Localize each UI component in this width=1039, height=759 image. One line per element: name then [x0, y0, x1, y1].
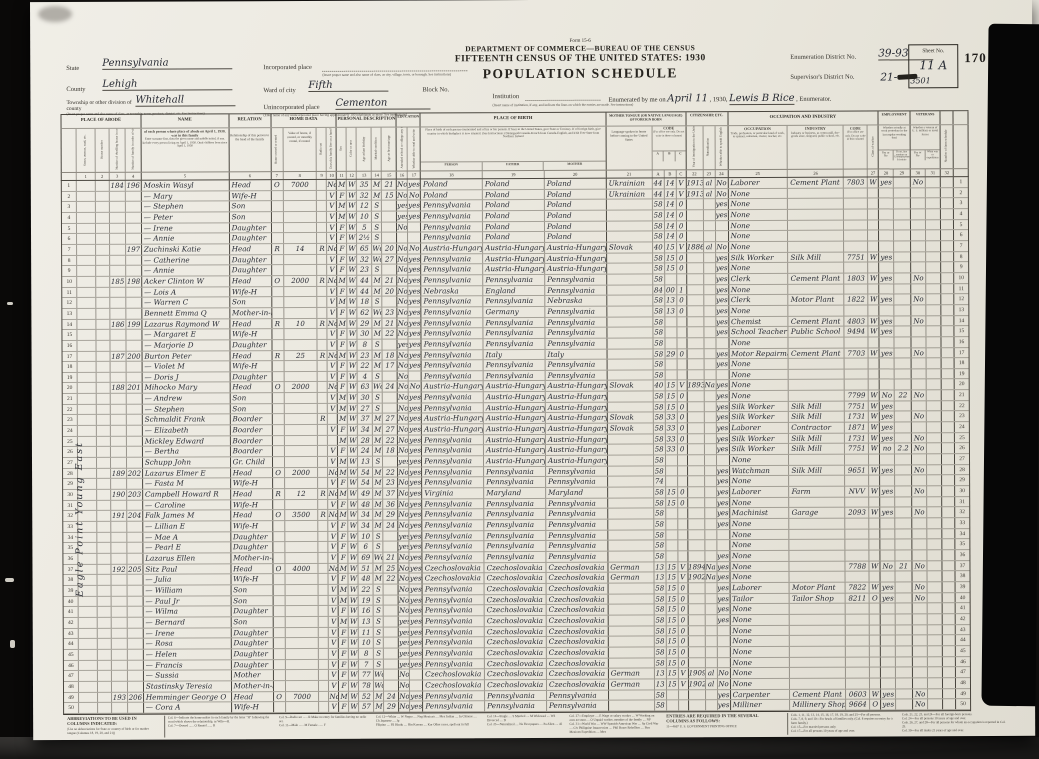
cell-farm: No: [327, 244, 337, 254]
cell-value: [284, 446, 318, 456]
cell-unemp-line: [896, 646, 913, 656]
cell-street: [79, 607, 98, 617]
cell-house: [97, 532, 111, 542]
cell-veteran: No: [911, 273, 926, 283]
cell-dwelling: 185: [110, 277, 126, 287]
cell-english: yes: [716, 349, 729, 359]
cell-marital: S: [372, 233, 382, 243]
cell-birth-father: Pennsylvania: [483, 317, 545, 327]
cell-birth-father: Czechoslovakia: [485, 573, 547, 583]
cell-family: [127, 596, 143, 606]
cell-age: 8: [358, 340, 373, 350]
cell-employed: [881, 668, 896, 678]
cell-street: [79, 586, 98, 596]
cell-family: [126, 234, 142, 244]
cell-occ-code: 7799: [845, 391, 869, 401]
cell-industry: Silk Mill: [789, 444, 845, 454]
cell-owned: [273, 585, 285, 595]
cell-read: yes: [409, 286, 422, 296]
census-form-paper: Form 15-6 DEPARTMENT OF COMMERCE—BUREAU …: [30, 0, 1035, 740]
cell-code-a: 58: [654, 434, 666, 444]
cell-read: yes: [409, 393, 422, 403]
cell-relation: Head: [231, 564, 273, 574]
cell-owned: [272, 340, 284, 350]
cell-immigration: [688, 455, 705, 465]
cell-owned: [272, 436, 284, 446]
cell-school: No: [397, 265, 408, 275]
cell-sex: M: [339, 595, 349, 605]
cell-name: — Julia: [143, 575, 231, 585]
cell-marital: S: [374, 606, 384, 616]
cell-marital: S: [373, 371, 383, 381]
cell-age-married: [384, 542, 399, 552]
cell-relation: Son: [230, 297, 272, 307]
cell-radio: [319, 659, 329, 669]
cell-farm: V: [329, 532, 339, 542]
cell-race: W: [349, 585, 359, 595]
cell-farm: V: [328, 286, 338, 296]
entries-title: ENTRIES ARE REQUIRED IN THE SEVERAL COLU…: [666, 713, 781, 724]
cell-house: [97, 469, 111, 479]
cell-farm-sched: [943, 667, 956, 677]
cell-age-married: [384, 659, 399, 669]
cell-race: W: [347, 201, 357, 211]
cell-street: [78, 405, 97, 415]
cell-relation: Daughter: [231, 606, 273, 616]
cell-industry: Contractor: [789, 423, 845, 433]
cell-owned: [272, 255, 284, 265]
cell-race: W: [348, 308, 358, 318]
col-number: C: [676, 170, 686, 177]
cell-house: [97, 575, 111, 585]
cell-school: yes: [399, 627, 410, 637]
footer-col7: Col. 7—Owned ...... O Rented ...... R: [168, 723, 273, 727]
cell-value: [285, 542, 319, 552]
cell-sex: M: [338, 436, 348, 446]
cell-farm: V: [328, 404, 338, 414]
cell-code-a: 58: [654, 509, 666, 519]
cell-naturalization: [704, 359, 716, 369]
cell-occ-code: [845, 380, 869, 390]
cell-code-b: 15: [665, 402, 677, 412]
cell-immigration: [687, 221, 704, 231]
cell-relation: Son: [231, 585, 273, 595]
cell-age-married: [384, 638, 399, 648]
cell-worker-class: W: [868, 177, 879, 187]
cell-relation: Daughter: [230, 223, 272, 233]
cell-worker-class: [870, 646, 881, 656]
cell-farm-sched: [943, 657, 956, 667]
cell-birth-mother: Pennsylvania: [545, 339, 607, 349]
cell-age: 7: [359, 659, 374, 669]
cell-value: [283, 223, 317, 233]
cell-english: yes: [716, 423, 729, 433]
cell-relation: Boarder: [230, 425, 272, 435]
cell-birth-father: Pennsylvania: [484, 520, 546, 530]
cell-code-a: 44: [652, 178, 664, 188]
cell-worker-class: [870, 604, 881, 614]
cell-code-b: 15: [666, 583, 678, 593]
cell-dwelling: [112, 660, 128, 670]
cell-farm-sched: [941, 305, 954, 315]
cell-code-c: 0: [678, 605, 688, 615]
cell-veteran: [913, 625, 928, 635]
cell-age: 16: [359, 606, 374, 616]
cell-code-c: [678, 530, 688, 540]
cell-street: [78, 490, 97, 500]
cell-birth-mother: Nebraska: [545, 296, 607, 306]
cell-read: yes: [409, 318, 422, 328]
cell-employed: [881, 625, 896, 635]
cell-industry: Cement Plant: [788, 178, 844, 188]
cell-owned: [273, 521, 285, 531]
cell-occ-code: 7822: [846, 582, 870, 592]
cell-farm: V: [327, 222, 337, 232]
cell-employed: yes: [880, 486, 895, 496]
cell-code-c: 0: [677, 200, 687, 210]
col-street: Street, avenue, road, etc.: [77, 129, 96, 172]
cell-code-c: 0: [678, 423, 688, 433]
cell-relation: Daughter: [231, 649, 273, 659]
cell-immigration: [687, 306, 704, 316]
cell-age: 6: [359, 542, 374, 552]
cell-sex: M: [338, 468, 348, 478]
cell-naturalization: [704, 338, 716, 348]
cell-birth-father: Pennsylvania: [484, 541, 546, 551]
cell-owned: [271, 201, 283, 211]
cell-occupation: None: [730, 647, 790, 657]
cell-race: W: [347, 212, 357, 222]
cell-radio: [317, 191, 327, 201]
cell-worker-class: [869, 305, 880, 315]
cell-occ-code: 0603: [846, 689, 870, 699]
cell-read: yes: [409, 435, 422, 445]
cell-birth-mother: Czechoslovakia: [547, 648, 609, 658]
cell-birth-mother: Pennsylvania: [546, 360, 608, 370]
cell-farm-sched: [942, 539, 955, 549]
cell-naturalization: [704, 391, 716, 401]
cell-birth-mother: Pennsylvania: [546, 370, 608, 380]
cell-race: W: [349, 510, 359, 520]
cell-age: 23: [358, 265, 373, 275]
cell-occ-code: [846, 529, 870, 539]
cell-value: [284, 425, 318, 435]
cell-war: [927, 476, 942, 486]
cell-read: [408, 233, 421, 243]
cell-tongue: [608, 530, 654, 540]
cell-birth-person: Pennsylvania: [422, 371, 484, 381]
cell-farm: V: [328, 265, 338, 275]
col-dwelling: Number of dwelling house in order of vis…: [109, 129, 125, 172]
cell-street: [78, 479, 97, 489]
cell-age: 30: [358, 393, 373, 403]
cell-birth-father: Poland: [483, 211, 545, 221]
cell-family: 197: [126, 245, 142, 255]
col-school: Attended school or college any time sinc…: [397, 128, 408, 171]
cell-relation: Gr. Child: [231, 457, 273, 467]
cell-code-b: 15: [665, 391, 677, 401]
cell-marital: Wd: [374, 553, 384, 563]
cell-radio: [319, 542, 329, 552]
cell-farm-sched: [941, 188, 954, 198]
cell-school: No: [398, 478, 409, 488]
cell-occ-code: [845, 455, 869, 465]
cell-house: [97, 586, 111, 596]
cell-value: [284, 393, 318, 403]
cell-occ-code: [846, 625, 870, 635]
cell-radio: [319, 638, 329, 648]
cell-unemp-line: [896, 582, 913, 592]
cell-read: yes: [410, 691, 423, 701]
cell-family: 202: [127, 468, 143, 478]
cell-read: yes: [408, 275, 421, 285]
cell-code-b: 15: [666, 562, 678, 572]
cell-war: [927, 380, 942, 390]
cell-ln-right: 37: [956, 561, 970, 571]
cell-ln-right: 4: [954, 209, 968, 219]
cell-farm-sched: [943, 593, 956, 603]
cell-naturalization: Na: [705, 572, 717, 582]
cell-radio: R: [318, 318, 328, 328]
cell-unemp-line: [896, 550, 913, 560]
cell-occ-code: [846, 519, 870, 529]
cell-occupation: Laborer: [728, 178, 788, 188]
cell-unemp-line: [896, 614, 913, 624]
cell-school: No: [398, 403, 409, 413]
cell-code-a: 58: [654, 466, 666, 476]
col-number: 15: [382, 172, 397, 179]
col-number: 31: [926, 169, 941, 176]
cell-value: 12: [285, 489, 319, 499]
cell-street: [78, 543, 97, 553]
cell-occ-code: 1803: [844, 273, 868, 283]
cell-age: 48: [359, 574, 374, 584]
cell-occ-code: [844, 220, 868, 230]
cell-code-c: [678, 551, 688, 561]
cell-code-b: 15: [665, 253, 677, 263]
cell-sex: F: [338, 329, 348, 339]
cell-radio: [319, 702, 329, 712]
cell-worker-class: W: [869, 465, 880, 475]
cell-radio: [319, 617, 329, 627]
cell-owned: [274, 702, 286, 712]
cell-ln-right: 3: [954, 198, 968, 208]
cell-street: [77, 181, 96, 191]
cell-ln-right: 8: [954, 252, 968, 262]
cell-race: W: [349, 670, 359, 680]
cell-family: [127, 415, 143, 425]
cell-marital: M: [373, 425, 383, 435]
cell-ln: 48: [64, 682, 79, 692]
cell-industry: [790, 625, 846, 635]
cell-birth-mother: Italy: [545, 349, 607, 359]
cell-birth-mother: Maryland: [546, 488, 608, 498]
census-rows: 1184196Moskin WasylHeadO7000NoMW35M21Noy…: [61, 177, 971, 715]
col-number: [954, 169, 968, 176]
cell-sex: F: [339, 638, 349, 648]
cell-veteran: [912, 337, 927, 347]
cell-race: W: [348, 478, 358, 488]
cell-race: W: [348, 265, 358, 275]
cell-ln-right: 21: [955, 390, 969, 400]
cell-relation: Mother: [232, 670, 274, 680]
cell-naturalization: [704, 231, 716, 241]
cell-age: 30: [358, 329, 373, 339]
cell-ln: 6: [62, 234, 77, 244]
cell-farm-sched: [943, 625, 956, 635]
group-citizenship: CITIZENSHIP, ETC.: [686, 112, 728, 125]
cell-family: 206: [128, 692, 144, 702]
cell-birth-person: Pennsylvania: [422, 350, 484, 360]
cell-code-a: 40: [653, 381, 665, 391]
cell-worker-class: [870, 657, 881, 667]
cell-dwelling: [111, 586, 127, 596]
scan-bottom-shadow: [0, 737, 1039, 759]
group-line-no: [954, 111, 968, 124]
cell-worker-class: [870, 668, 881, 678]
cell-code-c: 0: [677, 210, 687, 220]
cell-unemp-line: [894, 231, 911, 241]
col-code-b: B: [664, 152, 676, 162]
cell-code-c: 0: [677, 402, 687, 412]
cell-employed: [880, 518, 895, 528]
cell-naturalization: [704, 423, 716, 433]
cell-code-c: V: [678, 562, 688, 572]
cell-unemp-line: [894, 188, 911, 198]
cell-unemp-line: [896, 625, 913, 635]
cell-value: 10: [284, 318, 318, 328]
cell-value: [285, 574, 319, 584]
cell-house: [96, 287, 110, 297]
cell-value: 7000: [283, 180, 317, 190]
cell-house: [98, 660, 112, 670]
cell-family: [126, 330, 142, 340]
cell-name: — Violet M: [142, 361, 230, 371]
cell-unemp-line: [895, 518, 912, 528]
cell-occupation: Clerk: [729, 295, 789, 305]
cell-ln: 22: [63, 405, 78, 415]
cell-name: — Peter: [142, 212, 230, 222]
cell-farm-sched: [941, 177, 954, 187]
group-occupation: OCCUPATION AND INDUSTRY: [728, 111, 879, 125]
cell-code-a: 58: [654, 424, 666, 434]
cell-street: [79, 650, 98, 660]
cell-occupation: None: [729, 380, 789, 390]
cell-farm-sched: [941, 284, 954, 294]
cell-birth-mother: Poland: [545, 211, 607, 221]
cell-immigration: [688, 636, 705, 646]
group-place-of-birth: PLACE OF BIRTH: [421, 113, 607, 127]
cell-value: [284, 286, 318, 296]
cell-tongue: [608, 615, 654, 625]
cell-farm: V: [328, 329, 338, 339]
cell-birth-father: England: [483, 286, 545, 296]
sheet-number-box: Sheet No. 11 A: [908, 44, 958, 88]
cell-relation: Boarder: [230, 415, 272, 425]
cell-code-a: 84: [653, 285, 665, 295]
cell-english: No: [718, 679, 731, 689]
col-age-married: Age at first marriage: [382, 128, 397, 171]
cell-radio: R: [318, 350, 328, 360]
cell-age: 37: [358, 414, 373, 424]
cell-family: [127, 458, 143, 468]
cell-occupation: Laborer: [730, 583, 790, 593]
cell-ln: 14: [62, 320, 77, 330]
cell-war: [927, 326, 942, 336]
cell-unemp-line: [895, 327, 912, 337]
cell-birth-person: Pennsylvania: [423, 648, 485, 658]
cell-owned: [272, 415, 284, 425]
cell-read: yes: [409, 446, 422, 456]
cell-owned: [273, 606, 285, 616]
cell-sex: F: [338, 265, 348, 275]
cell-english: yes: [717, 498, 730, 508]
cell-value: [284, 255, 318, 265]
cell-worker-class: [869, 476, 880, 486]
cell-family: [128, 650, 144, 660]
cell-sex: M: [338, 457, 348, 467]
cell-age: 10: [359, 638, 374, 648]
cell-dwelling: [111, 394, 127, 404]
cell-ln-right: 18: [955, 358, 969, 368]
cell-marital: S: [372, 212, 382, 222]
cell-ln: 3: [62, 202, 77, 212]
cell-sex: F: [339, 627, 349, 637]
cell-birth-mother: Poland: [545, 221, 607, 231]
cell-sex: F: [339, 659, 349, 669]
cell-english: [716, 221, 729, 231]
cell-age: 78: [359, 681, 374, 691]
cell-occupation: None: [729, 338, 789, 348]
cell-birth-person: Austria-Hungary: [422, 382, 484, 392]
cell-street: [78, 458, 97, 468]
cell-english: [716, 231, 729, 241]
cell-radio: [318, 254, 328, 264]
cell-code-b: 33: [665, 413, 677, 423]
cell-street: [77, 202, 96, 212]
cell-name: — Bertha: [143, 447, 231, 457]
cell-birth-person: Pennsylvania: [422, 360, 484, 370]
cell-veteran: [913, 646, 928, 656]
cell-birth-person: Pennsylvania: [421, 222, 483, 232]
cell-sex: F: [337, 233, 347, 243]
cell-unemp-line: [896, 593, 913, 603]
cell-employed: [880, 369, 895, 379]
cell-employed: [879, 263, 894, 273]
cell-family: [127, 543, 143, 553]
cell-dwelling: 192: [111, 564, 127, 574]
cell-race: W: [348, 340, 358, 350]
state-label: State: [66, 65, 79, 72]
cell-name: Sitz Paul: [143, 564, 231, 574]
cell-age-married: [383, 297, 398, 307]
cell-age-married: 22: [383, 467, 398, 477]
cell-employed: [881, 540, 896, 550]
cell-war: [926, 305, 941, 315]
cell-relation: Daughter: [230, 255, 272, 265]
cell-birth-father: Austria-Hungary: [484, 392, 546, 402]
cell-naturalization: [705, 530, 717, 540]
cell-ln: 33: [63, 522, 78, 532]
cell-ln: 24: [63, 426, 78, 436]
cell-unemp-line: [895, 348, 912, 358]
cell-worker-class: [870, 529, 881, 539]
cell-marital: M: [373, 318, 383, 328]
cell-read: yes: [410, 520, 423, 530]
cell-value: [284, 361, 318, 371]
cell-worker-class: [868, 231, 879, 241]
cell-radio: [318, 361, 328, 371]
